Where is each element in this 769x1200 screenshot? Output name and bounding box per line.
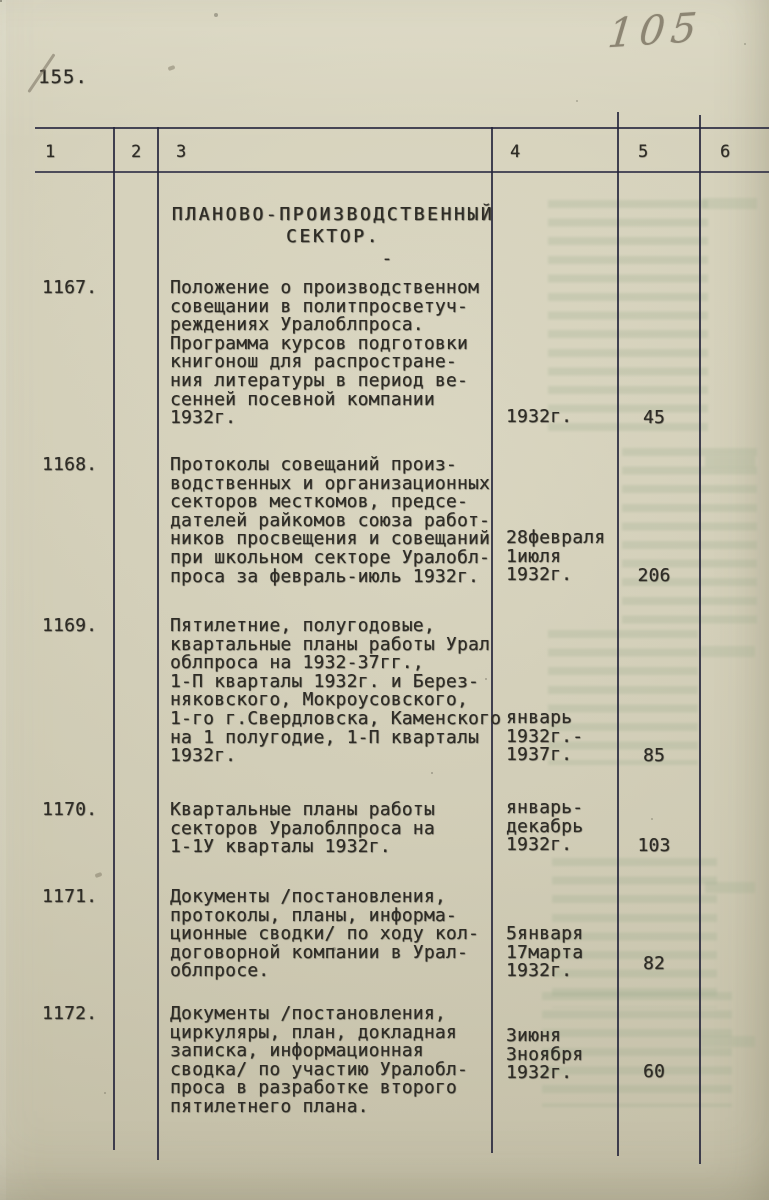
entry-page-count: 60 — [620, 1063, 688, 1082]
entry-date: 5января 17марта 1932г. — [506, 925, 618, 981]
entry-date: 1932г. — [506, 408, 618, 427]
column-header-6: 6 — [720, 142, 730, 162]
paper-specks — [0, 0, 2, 2]
table-column-rule-4 — [617, 112, 619, 1156]
sheet-number: 155. — [38, 68, 88, 87]
bleed-through-artifact — [705, 882, 755, 893]
entry-description: Документы /постановления, протоколы, пла… — [170, 888, 515, 981]
bleed-through-artifact — [705, 456, 755, 467]
entry-date: 28февраля 1июля 1932г. — [506, 529, 618, 585]
table-top-rule — [35, 127, 769, 129]
handwritten-page-number: 105 — [606, 1, 761, 58]
bleed-through-artifact — [622, 448, 757, 628]
column-header-2: 2 — [131, 142, 141, 162]
entry-description: Квартальные планы работы секторов Уралоб… — [170, 801, 515, 857]
entry-number: 1171. — [42, 888, 117, 907]
entry-description: Протоколы совещаний произ- водственных и… — [170, 456, 515, 586]
section-divider: - — [362, 250, 412, 269]
column-header-1: 1 — [45, 142, 55, 162]
entry-date: 3июня 3ноября 1932г. — [506, 1027, 618, 1083]
entry-page-count: 103 — [620, 837, 688, 856]
archival-inventory-page: 105 155. 1 2 3 4 5 6 ПЛАНОВО-ПРОИЗВОДСТВ… — [0, 0, 769, 1200]
bleed-through-artifact — [700, 646, 755, 657]
column-header-5: 5 — [638, 142, 648, 162]
bleed-through-artifact — [548, 200, 708, 435]
entry-number: 1168. — [42, 456, 117, 475]
column-header-3: 3 — [176, 142, 186, 162]
entry-number: 1167. — [42, 279, 117, 298]
table-column-rule-2 — [157, 127, 159, 1160]
table-header-rule — [35, 171, 769, 173]
bleed-through-artifact — [702, 198, 757, 209]
entry-date: январь 1932г.- 1937г. — [506, 709, 618, 765]
entry-description: Положение о производственном совещании в… — [170, 279, 515, 428]
entry-description: Пятилетние, полугодовые, квартальные пла… — [170, 617, 515, 766]
pencil-mark — [95, 872, 103, 878]
entry-description: Документы /постановления, циркуляры, пла… — [170, 1005, 515, 1117]
entry-page-count: 85 — [620, 747, 688, 766]
section-title: ПЛАНОВО-ПРОИЗВОДСТВЕННЫЙ СЕКТОР. — [168, 204, 498, 248]
entry-number: 1169. — [42, 617, 117, 636]
entry-page-count: 82 — [620, 955, 688, 974]
entry-number: 1170. — [42, 801, 117, 820]
entry-date: январь- декабрь 1932г. — [506, 799, 618, 855]
bleed-through-artifact — [700, 1036, 755, 1047]
entry-number: 1172. — [42, 1005, 117, 1024]
table-column-rule-5 — [699, 115, 701, 1164]
column-header-4: 4 — [510, 142, 520, 162]
entry-page-count: 206 — [620, 567, 688, 586]
entry-page-count: 45 — [620, 409, 688, 428]
pencil-mark — [168, 65, 176, 71]
